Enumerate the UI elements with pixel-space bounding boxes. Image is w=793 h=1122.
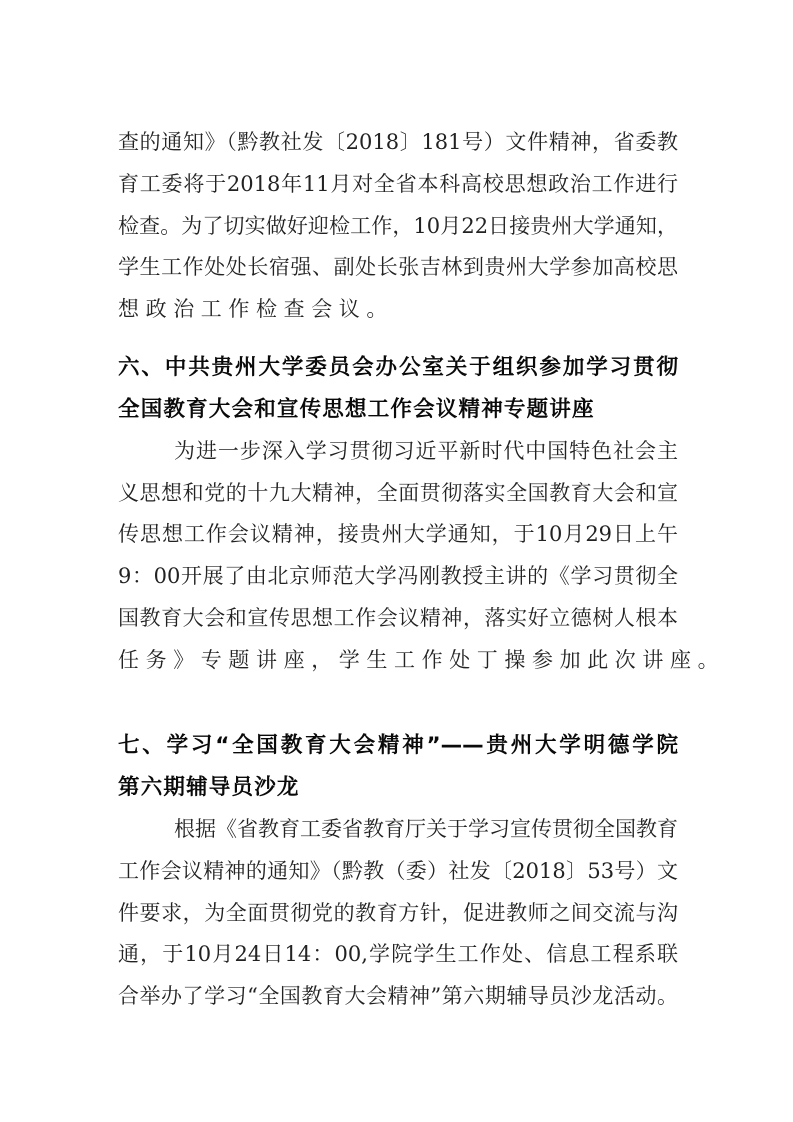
document-page: 查的通知》（黔教社发〔2018〕181号）文件精神，省委教 育工委将于2018年… xyxy=(0,0,793,1122)
paragraph-line: 件要求，为全面贯彻党的教育方针，促进教师之间交流与沟 xyxy=(118,898,678,928)
paragraph-line: 义思想和党的十九大精神，全面贯彻落实全国教育大会和宣 xyxy=(118,478,678,508)
paragraph-line: 学生工作处处长宿强、副处长张吉林到贵州大学参加高校思 xyxy=(118,252,678,282)
section-7-heading-line-2: 第六期辅导员沙龙 xyxy=(118,773,678,803)
paragraph-line: 育工委将于2018年11月对全省本科高校思想政治工作进行 xyxy=(118,169,678,199)
paragraph-line-first: 根据《省教育工委省教育厅关于学习宣传贯彻全国教育 xyxy=(174,814,678,844)
paragraph-line: 合举办了学习“全国教育大会精神”第六期辅导员沙龙活动。 xyxy=(118,981,678,1011)
paragraph-line: 检查。为了切实做好迎检工作，10月22日接贵州大学通知， xyxy=(118,211,678,241)
paragraph-line-first: 为进一步深入学习贯彻习近平新时代中国特色社会主 xyxy=(174,436,678,466)
section-7-heading: 七、学习“全国教育大会精神”——贵州大学明德学院 xyxy=(118,731,678,761)
paragraph-line: 工作会议精神的通知》（黔教（委）社发〔2018〕53号）文 xyxy=(118,856,678,886)
paragraph-line: 国教育大会和宣传思想工作会议精神，落实好立德树人根本 xyxy=(118,603,678,633)
paragraph-line: 传思想工作会议精神，接贵州大学通知，于10月29日上午 xyxy=(118,519,678,549)
paragraph-line: 通，于10月24日14：00,学院学生工作处、信息工程系联 xyxy=(118,939,678,969)
paragraph-line: 9：00开展了由北京师范大学冯刚教授主讲的《学习贯彻全 xyxy=(118,561,678,591)
paragraph-line: 查的通知》（黔教社发〔2018〕181号）文件精神，省委教 xyxy=(118,127,678,157)
paragraph-line-last: 想政治工作检查会议。 xyxy=(118,294,678,324)
section-6-heading: 六、中共贵州大学委员会办公室关于组织参加学习贯彻 xyxy=(118,353,678,383)
section-6-heading-line-2: 全国教育大会和宣传思想工作会议精神专题讲座 xyxy=(118,395,678,425)
paragraph-line-last: 任务》专题讲座，学生工作处丁操参加此次讲座。 xyxy=(118,645,678,675)
